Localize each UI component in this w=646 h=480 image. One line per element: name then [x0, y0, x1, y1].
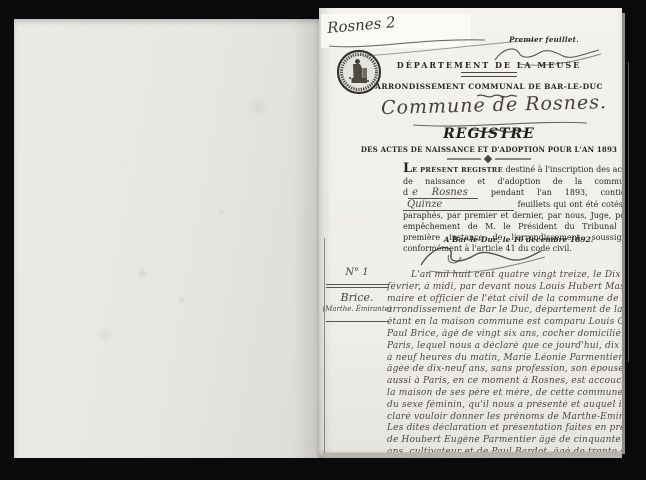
commune-handwritten-title: Commune de Rosnes.: [381, 91, 616, 119]
act-line: Les dites déclaration et présentation fa…: [387, 423, 622, 435]
act-line: claré vouloir donner les prénoms de Mart…: [387, 412, 622, 424]
page-stack-right-edge: [622, 13, 625, 454]
left-blank-page: [14, 19, 319, 458]
birth-act-handwritten-text: L'an mil huit cent quatre vingt treize, …: [387, 270, 622, 458]
act-number: N° 1: [329, 267, 385, 278]
gutter-fold-line: [324, 238, 325, 456]
ornament-divider: [447, 155, 531, 163]
page-stack-edge-line: [628, 62, 629, 362]
act-line: à neuf heures du matin, Marie Léonie Par…: [387, 353, 622, 365]
preamble-initial: L: [403, 161, 412, 176]
preamble-fill-feuillets: Quinze: [403, 199, 514, 211]
register-title: REGISTRE: [359, 126, 619, 142]
act-line: de Houbert Eugène Parmentier âgé de cinq…: [387, 435, 622, 447]
act-line: aussi à Paris, en ce moment à Rosnes, es…: [387, 376, 622, 388]
preamble-fill-commune: e Rosnes: [408, 187, 478, 199]
margin-given-names: (Marthe. Émirante): [319, 305, 395, 313]
double-rule-divider: [461, 72, 517, 77]
department-heading: DÉPARTEMENT DE LA MEUSE: [359, 60, 619, 70]
act-line: la maison de ses père et mère, de cette …: [387, 388, 622, 400]
act-line: maire et officier de l'état civil de la …: [387, 294, 622, 306]
preamble-printed-2: pendant l'an 1893, contient: [478, 188, 622, 197]
first-sheet-caption: Premier feuillet.: [469, 35, 619, 44]
right-register-page: Rosnes 2 Premier feuillet. DÉPARTEMENT D…: [319, 8, 622, 458]
act-line: étant en la maison commune est comparu L…: [387, 317, 622, 329]
preamble-opening: E PRÉSENT REGISTRE: [412, 166, 503, 174]
margin-surname: Brice.: [326, 291, 388, 304]
margin-rule: [326, 287, 388, 288]
act-line: Paul Brice, âgé de vingt six ans, cocher…: [387, 329, 622, 341]
margin-rule: [326, 321, 388, 322]
scanned-register-spread: Rosnes 2 Premier feuillet. DÉPARTEMENT D…: [0, 0, 646, 480]
act-line: L'an mil huit cent quatre vingt treize, …: [387, 270, 622, 282]
margin-rule: [326, 284, 388, 285]
act-line: Paris, lequel nous a déclaré que ce jour…: [387, 341, 622, 353]
act-line: février, à midi, par devant nous Louis H…: [387, 282, 622, 294]
act-line: du sexe féminin, qu'il nous a présenté e…: [387, 400, 622, 412]
arrondissement-heading: ARRONDISSEMENT COMMUNAL DE BAR-LE-DUC: [359, 82, 619, 91]
register-subtitle: DES ACTES DE NAISSANCE ET D'ADOPTION POU…: [355, 145, 622, 154]
act-line: arrondissement de Bar le Duc, départemen…: [387, 305, 622, 317]
act-line: âgée de dix-neuf ans, sans profession, s…: [387, 364, 622, 376]
